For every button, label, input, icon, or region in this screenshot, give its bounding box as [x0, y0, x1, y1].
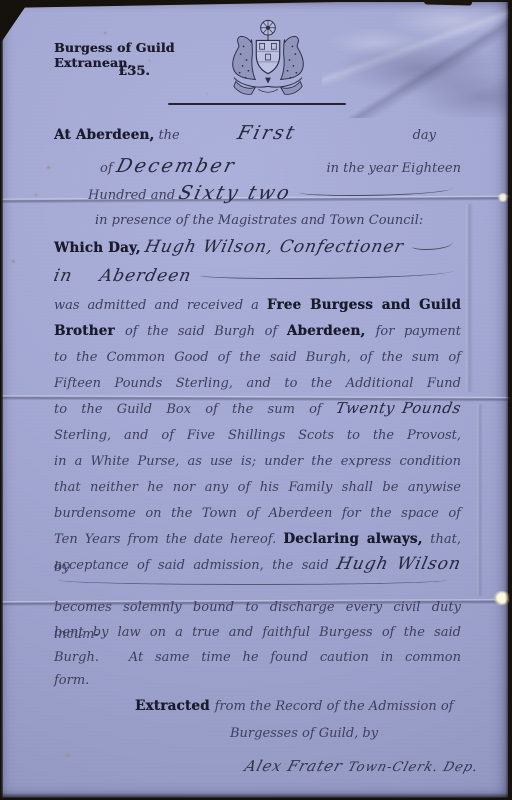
blackletter-text: At Aberdeen,: [54, 120, 154, 150]
document-line: to the Common Good of the said Burgh, of…: [54, 343, 461, 369]
pen-flourish: [412, 239, 453, 250]
document-body: At Aberdeen, theFirstdayof Decemberin th…: [54, 118, 461, 780]
signature-text: Alex Frater: [241, 753, 352, 780]
printed-text: Hundred and: [88, 182, 179, 209]
fee-amount: £35.: [54, 64, 214, 79]
printed-text: Ten Years from the date hereof.: [54, 532, 283, 547]
document-line: Burgesses of Guild, by: [230, 720, 461, 747]
document-line: becomes solemnly bound to discharge ever…: [54, 593, 461, 618]
printed-text: the: [154, 121, 179, 151]
pen-flourish: [299, 185, 453, 196]
blackletter-text: Free Burgess and Guild: [267, 297, 461, 313]
handwritten-text: Aberdeen: [97, 261, 195, 291]
foxing-spot: [34, 193, 38, 197]
fold-crease: [466, 204, 473, 392]
printed-text: acceptance of said admission, the said: [54, 558, 337, 573]
scan-background: Burgess of Guild Extranean, £35.: [0, 0, 512, 800]
pen-flourish: [200, 268, 453, 279]
handwritten-text: First: [234, 118, 300, 148]
document-line: Sterling, and of Five Shillings Scots to…: [54, 421, 461, 447]
document-line: Ten Years from the date hereof. Declarin…: [54, 525, 461, 551]
document-line: to the Guild Box of the sum of Twenty Po…: [54, 395, 461, 421]
printed-text: in a White Purse, as use is; under the e…: [54, 454, 461, 469]
crumpled-corner: [322, 0, 512, 118]
printed-text: in presence of the Magistrates and Town …: [95, 207, 423, 234]
handwritten-text: in: [51, 261, 76, 291]
printed-text: in the year Eighteen: [326, 155, 461, 183]
printed-text: Sterling, and of Five Shillings Scots to…: [54, 428, 461, 443]
document-line: bent by law on a true and faithful Burge…: [54, 618, 461, 643]
signature-text: Town-Clerk. Dep.: [344, 754, 482, 781]
handwritten-text: Sixty two: [176, 180, 295, 207]
document-line: Burgh. At same time he found caution in …: [54, 643, 461, 668]
blackletter-text: Aberdeen,: [287, 323, 376, 339]
document-line: [54, 577, 461, 593]
pen-flourish: [58, 574, 447, 585]
printed-text: At same time he found caution in common: [129, 650, 461, 665]
document-line: Brother of the said Burgh of Aberdeen, f…: [54, 317, 461, 343]
printed-text: Burgesses of Guild, by: [230, 720, 378, 747]
scan-edge: [0, 793, 512, 800]
printed-text: form.: [54, 668, 89, 693]
header-divider-rule: [168, 103, 346, 105]
printed-text: was admitted and received a: [54, 298, 267, 313]
blackletter-text: Which Day,: [54, 235, 145, 262]
printed-text: burdensome on the Town of Aberdeen for t…: [54, 506, 461, 521]
printed-text: for payment: [376, 324, 461, 339]
document-line: Which Day, Hugh Wilson, Confectioner: [54, 234, 461, 261]
printed-text: bent by law on a true and faithful Burge…: [54, 625, 461, 640]
document-line: that neither he nor any of his Family sh…: [54, 473, 461, 499]
scan-edge: [505, 0, 512, 800]
handwritten-text: Hugh Wilson, Confectioner: [143, 234, 407, 261]
foxing-spot: [46, 165, 51, 170]
printed-text: of the said Burgh of: [125, 324, 287, 339]
printed-text: Fifteen Pounds Sterling, and to the Addi…: [54, 376, 461, 391]
document-line: form.: [54, 668, 461, 693]
printed-text: from the Record of the Admission of: [215, 693, 454, 720]
document-line: Extracted from the Record of the Admissi…: [135, 693, 461, 720]
printed-text: to the Guild Box of the sum of: [54, 402, 336, 417]
fold-crease: [477, 404, 483, 596]
printed-text: day: [413, 121, 436, 151]
blackletter-text: Extracted: [135, 693, 215, 720]
scan-edge: [0, 0, 3, 800]
document-line: inAberdeen: [54, 261, 461, 291]
printed-text: Burgh.: [54, 650, 111, 665]
printed-text: to the Common Good of the said Burgh, of…: [54, 350, 461, 365]
handwritten-text: December: [113, 152, 239, 180]
document-line: was admitted and received a Free Burgess…: [54, 291, 461, 317]
document-line: Fifteen Pounds Sterling, and to the Addi…: [54, 369, 461, 395]
document-line: in a White Purse, as use is; under the e…: [54, 447, 461, 473]
document-line: of Decemberin the year Eighteen: [100, 152, 461, 180]
foxing-spot: [11, 259, 16, 264]
blackletter-text: Declaring always,: [283, 531, 430, 547]
printed-text: that neither he nor any of his Family sh…: [54, 480, 461, 495]
document-line: burdensome on the Town of Aberdeen for t…: [54, 499, 461, 525]
document-line: At Aberdeen, theFirstday: [54, 118, 461, 148]
document-line: Hundred and Sixty two: [88, 180, 461, 207]
document-line: Alex Frater Town-Clerk. Dep.: [245, 753, 461, 780]
coat-of-arms-icon: [214, 17, 322, 103]
foxing-spot: [103, 31, 107, 35]
blackletter-text: Brother: [54, 323, 125, 339]
document-line: in presence of the Magistrates and Town …: [95, 207, 461, 234]
foxing-spot: [206, 92, 209, 95]
handwritten-text: Twenty Pounds: [334, 395, 464, 421]
